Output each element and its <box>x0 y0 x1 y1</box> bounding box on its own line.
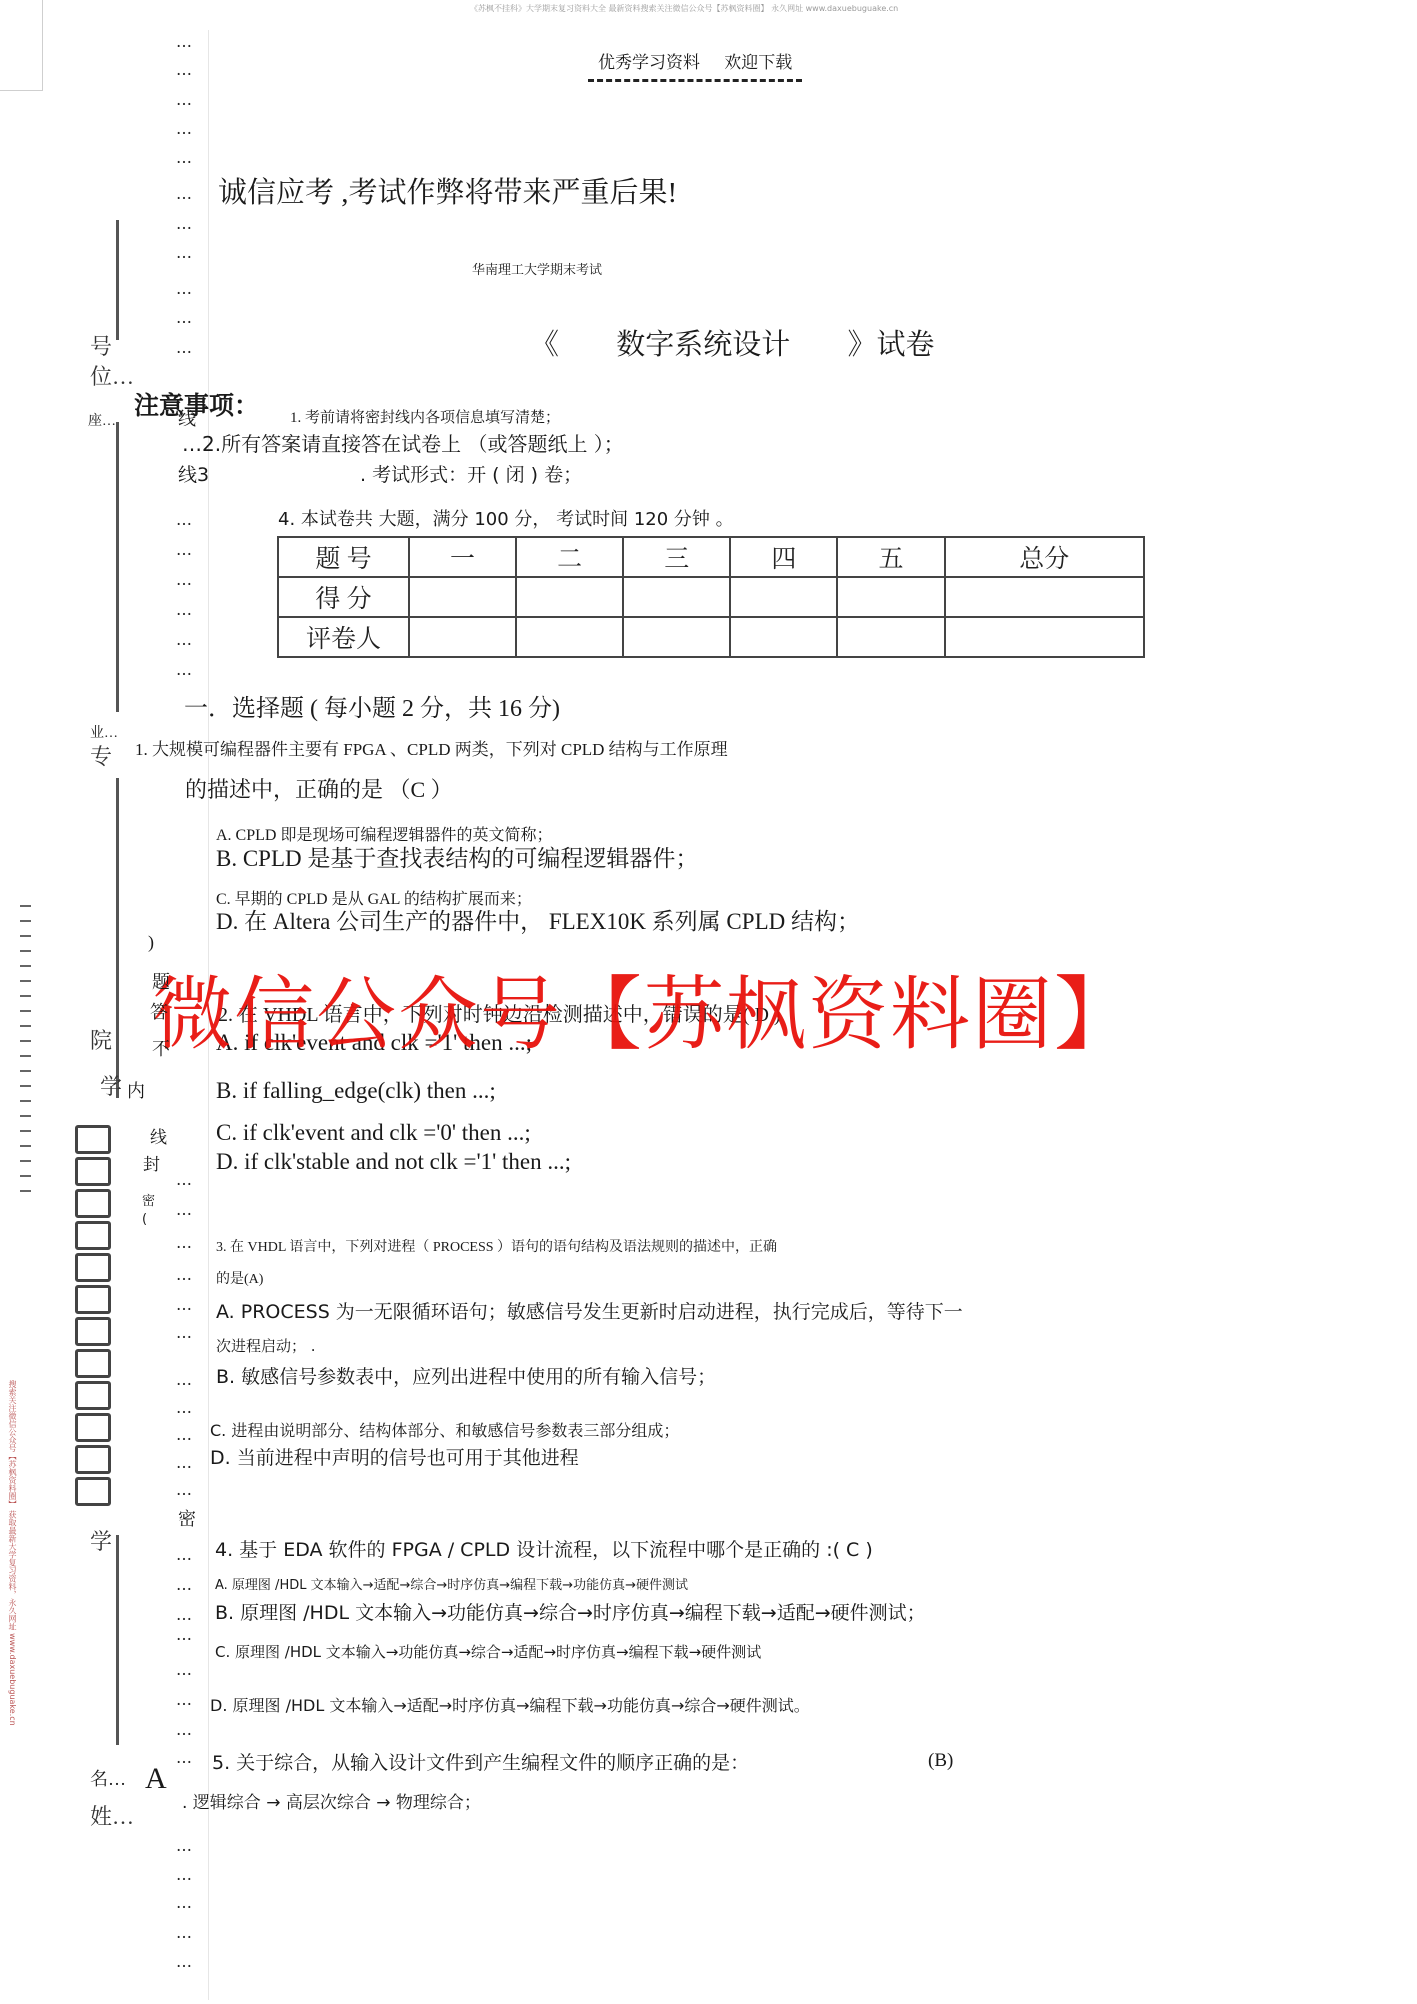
dots: … <box>176 1720 193 1739</box>
id-digit-box[interactable] <box>75 1157 111 1186</box>
dots: … <box>176 600 193 619</box>
id-digit-box[interactable] <box>75 1221 111 1250</box>
watermark-text: 微信公众号【苏枫资料圈】 <box>152 950 1136 1065</box>
grader-cell[interactable] <box>623 617 730 657</box>
grader-cell[interactable] <box>516 617 623 657</box>
dots: … <box>176 148 193 167</box>
do-not-answer-label: 内 <box>127 1077 145 1103</box>
line-label: 线 <box>178 405 196 431</box>
dots: … <box>176 1453 193 1472</box>
score-cell[interactable] <box>516 577 623 617</box>
margin-bar <box>116 1535 119 1745</box>
cut-line-dashes <box>20 905 34 1205</box>
seat-label: 号 <box>90 330 112 361</box>
dots: … <box>176 660 193 679</box>
q1-option-b: B. CPLD 是基于查找表结构的可编程逻辑器件； <box>216 840 698 873</box>
id-digit-box[interactable] <box>75 1381 111 1410</box>
id-digit-box[interactable] <box>75 1125 111 1154</box>
note-item-3-prefix: 线3 <box>178 460 209 487</box>
question-3-stem-cont: 的是(A) <box>216 1268 263 1288</box>
score-cell[interactable] <box>837 577 944 617</box>
dots: … <box>176 243 193 262</box>
seal-label: ( <box>142 1212 147 1227</box>
section-heading: 一．选择题 ( 每小题 2 分，共 16 分) <box>184 688 560 723</box>
dots: … <box>176 1200 193 1219</box>
q5-option-letter: A <box>145 1762 167 1796</box>
row-label: 评卷人 <box>278 617 409 657</box>
dots: … <box>176 1323 193 1342</box>
side-watermark: 搜索关注微信公众号【苏枫资料圈】 获取最新大学复习资料，永久网址 www.dax… <box>6 1380 18 1726</box>
dots: … <box>176 1233 193 1252</box>
row-label: 得 分 <box>278 577 409 617</box>
dots: … <box>176 308 193 327</box>
dots: … <box>176 1370 193 1389</box>
id-digit-box[interactable] <box>75 1189 111 1218</box>
dots: … <box>176 214 193 233</box>
score-row: 得 分 <box>278 577 1144 617</box>
dots: … <box>176 1952 193 1971</box>
dots: … <box>176 1836 193 1855</box>
dots: … <box>176 1923 193 1942</box>
score-cell[interactable] <box>409 577 516 617</box>
name-label: 名… <box>90 1765 126 1791</box>
margin-bar <box>116 220 119 340</box>
q3-option-c: C. 进程由说明部分、结构体部分、和敏感信号参数表三部分组成； <box>210 1418 679 1441</box>
q4-option-d: D. 原理图 /HDL 文本输入→适配→时序仿真→编程下载→功能仿真→综合→硬件… <box>210 1693 810 1716</box>
honesty-warning: 诚信应考 ,考试作弊将带来严重后果! <box>218 170 677 211</box>
seal-mark: 密 <box>178 1505 196 1531</box>
seal-label: 封 <box>143 1150 160 1175</box>
major-label: 专 <box>90 740 112 771</box>
header-cell: 一 <box>409 537 516 577</box>
note-item-1: 1. 考前请将密封线内各项信息填写清楚； <box>290 406 560 427</box>
id-digit-box[interactable] <box>75 1445 111 1474</box>
seal-label: 线 <box>150 1123 167 1148</box>
margin-bar <box>116 778 119 1098</box>
score-cell[interactable] <box>623 577 730 617</box>
note-item-4: 4. 本试卷共 大题，满分 100 分， 考试时间 120 分钟 。 <box>278 505 734 531</box>
id-digit-box[interactable] <box>75 1317 111 1346</box>
major-label: 业… <box>90 722 118 742</box>
dots: … <box>176 1690 193 1709</box>
dots: … <box>176 279 193 298</box>
dots: … <box>176 1625 193 1644</box>
dots: … <box>176 119 193 138</box>
top-banner: 《苏枫不挂科》大学期末复习资料大全 最新资料搜索关注微信公众号【苏枫资料圈】 永… <box>470 3 898 14</box>
dots: … <box>176 1575 193 1594</box>
grader-cell[interactable] <box>730 617 837 657</box>
id-digit-box[interactable] <box>75 1253 111 1282</box>
header-cell: 四 <box>730 537 837 577</box>
dots: … <box>176 1265 193 1284</box>
university-name: 华南理工大学期末考试 <box>472 259 602 278</box>
dots: … <box>176 184 193 203</box>
header-cell: 题 号 <box>278 537 409 577</box>
dots: … <box>176 1865 193 1884</box>
do-not-answer-label: 题 <box>152 968 170 994</box>
page-corner-frame <box>0 0 43 91</box>
id-digit-box[interactable] <box>75 1413 111 1442</box>
dots: … <box>176 32 193 51</box>
score-cell[interactable] <box>945 577 1144 617</box>
student-id-label: 学 <box>90 1525 112 1556</box>
q3-option-a-cont: 次进程启动； . <box>216 1335 316 1356</box>
q2-option-d: D. if clk'stable and not clk ='1' then .… <box>216 1149 571 1175</box>
seat-label: 座… <box>88 410 116 430</box>
note-item-3: . 考试形式：开 ( 闭 ) 卷； <box>360 460 582 487</box>
dots: … <box>176 1660 193 1679</box>
dots: … <box>176 1545 193 1564</box>
dots: … <box>176 60 193 79</box>
do-not-answer-label: 答 <box>150 998 168 1024</box>
dots: … <box>176 1748 193 1767</box>
course-name: 数字系统设计 <box>616 329 790 361</box>
college-label: 学 <box>100 1070 122 1101</box>
title-open-bracket: 《 <box>530 329 559 361</box>
q3-option-d: D. 当前进程中声明的信号也可用于其他进程 <box>210 1443 579 1470</box>
dots: … <box>176 1480 193 1499</box>
score-table-header-row: 题 号 一 二 三 四 五 总分 <box>278 537 1144 577</box>
q3-option-a: A. PROCESS 为一无限循环语句；敏感信号发生更新时启动进程，执行完成后，… <box>216 1297 963 1324</box>
title-close: 》试卷 <box>848 329 935 361</box>
margin-bar <box>116 422 119 712</box>
grader-cell[interactable] <box>409 617 516 657</box>
question-4-stem: 4. 基于 EDA 软件的 FPGA / CPLD 设计流程，以下流程中哪个是正… <box>215 1535 873 1562</box>
name-label: 姓… <box>90 1800 134 1831</box>
notes-heading: 注意事项： <box>134 386 259 422</box>
id-digit-box[interactable] <box>75 1349 111 1378</box>
header-cell: 二 <box>516 537 623 577</box>
score-cell[interactable] <box>730 577 837 617</box>
grader-row: 评卷人 <box>278 617 1144 657</box>
question-1-stem-cont: 的描述中，正确的是 （C ） <box>185 773 453 804</box>
question-5-answer: (B) <box>928 1750 953 1772</box>
question-1-stem: 1. 大规模可编程器件主要有 FPGA 、CPLD 两类，下列对 CPLD 结构… <box>135 735 728 760</box>
question-5-stem: 5. 关于综合，从输入设计文件到产生编程文件的顺序正确的是： <box>212 1748 749 1775</box>
dots: … <box>176 1605 193 1624</box>
q2-option-b: B. if falling_edge(clk) then ...; <box>216 1078 496 1104</box>
header-cell: 五 <box>837 537 944 577</box>
header-left-text: 优秀学习资料 <box>598 53 700 72</box>
seat-label: 位… <box>90 360 134 391</box>
dots: … <box>176 570 193 589</box>
q5-option-a: . 逻辑综合 → 高层次综合 → 物理综合； <box>182 1788 481 1813</box>
q3-option-b: B. 敏感信号参数表中，应列出进程中使用的所有输入信号； <box>216 1362 716 1389</box>
header-cell: 三 <box>623 537 730 577</box>
grader-cell[interactable] <box>837 617 944 657</box>
score-table: 题 号 一 二 三 四 五 总分 得 分 评卷人 <box>277 536 1145 658</box>
q2-option-c: C. if clk'event and clk ='0' then ...; <box>216 1120 531 1146</box>
header-right-text: 欢迎下载 <box>724 53 792 72</box>
note-item-2: …2.所有答案请直接答在试卷上 （或答题纸上 ）； <box>182 428 624 457</box>
q4-option-b: B. 原理图 /HDL 文本输入→功能仿真→综合→时序仿真→编程下载→适配→硬件… <box>215 1598 926 1625</box>
do-not-answer-label: 不 <box>152 1035 170 1061</box>
dots: … <box>176 1170 193 1189</box>
dots: … <box>176 1398 193 1417</box>
question-3-stem: 3. 在 VHDL 语言中，下列对进程（ PROCESS ）语句的语句结构及语法… <box>216 1236 777 1256</box>
college-label: 院 <box>90 1024 112 1055</box>
dots: … <box>176 1893 193 1912</box>
q4-option-a: A. 原理图 /HDL 文本输入→适配→综合→时序仿真→编程下载→功能仿真→硬件… <box>215 1574 688 1593</box>
dots: … <box>176 630 193 649</box>
grader-cell[interactable] <box>945 617 1144 657</box>
seal-label: 密 <box>142 1190 155 1209</box>
id-digit-box[interactable] <box>75 1477 111 1506</box>
student-id-boxes <box>75 1125 107 1509</box>
dots: … <box>176 540 193 559</box>
dots: … <box>176 90 193 109</box>
exam-title: 《 数字系统设计 》试卷 <box>530 322 935 363</box>
q1-option-d: D. 在 Altera 公司生产的器件中， FLEX10K 系列属 CPLD 结… <box>216 903 860 936</box>
dots: … <box>176 338 193 357</box>
header-cell: 总分 <box>945 537 1144 577</box>
document-header: 优秀学习资料 欢迎下载 <box>588 48 802 82</box>
dots: … <box>176 510 193 529</box>
dots: … <box>176 1425 193 1444</box>
id-digit-box[interactable] <box>75 1285 111 1314</box>
q4-option-c: C. 原理图 /HDL 文本输入→功能仿真→综合→适配→时序仿真→编程下载→硬件… <box>215 1641 761 1662</box>
dots: … <box>176 1295 193 1314</box>
